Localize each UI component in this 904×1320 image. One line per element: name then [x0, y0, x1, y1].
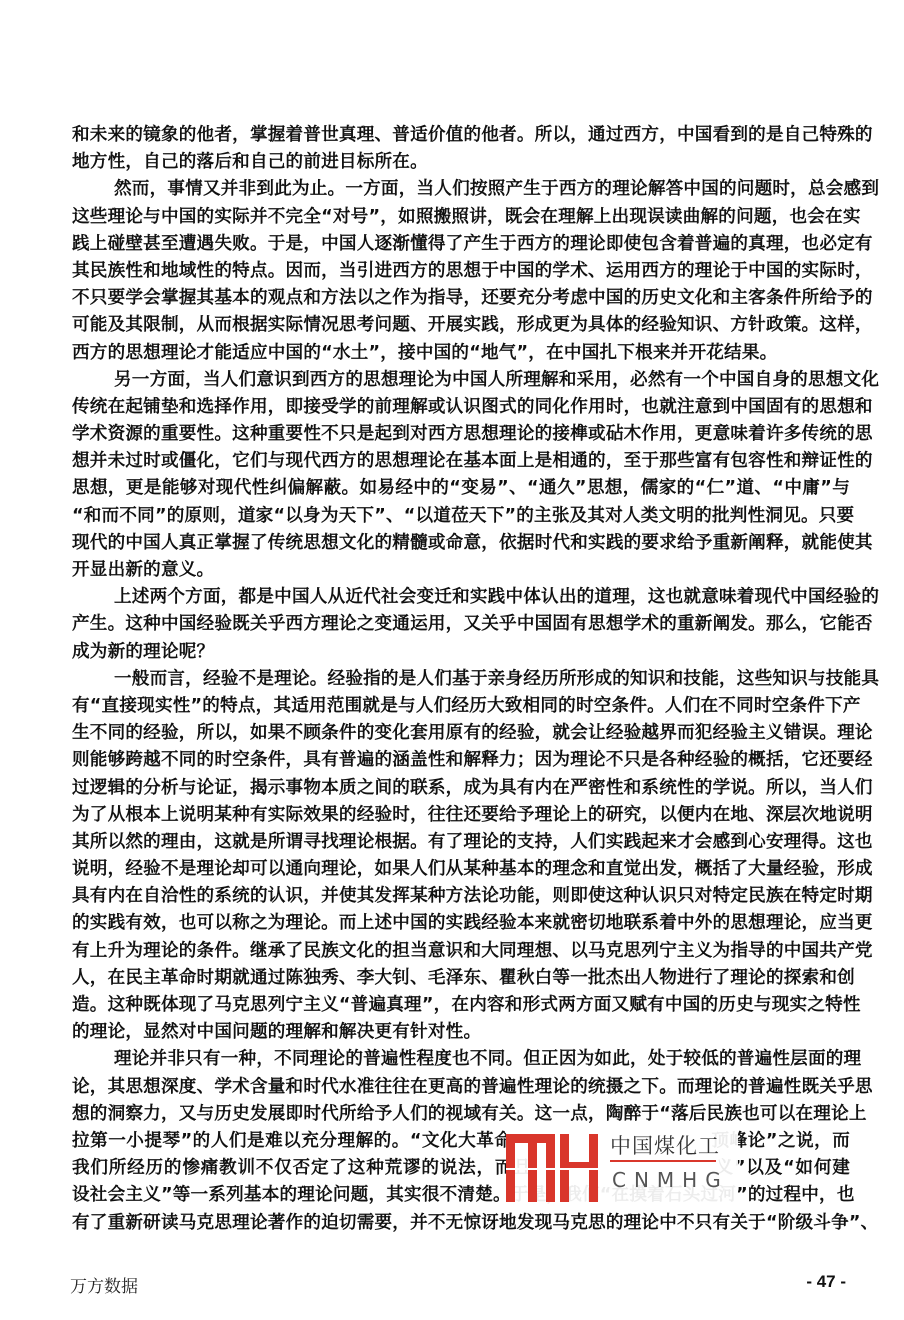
- mh-logo-icon: [506, 1134, 598, 1202]
- text-line: 学术资源的重要性。这种重要性不只是起到对西方思想理论的接榫或砧木作用，更意味着许…: [72, 421, 850, 448]
- text-line: 一般而言，经验不是理论。经验指的是人们基于亲身经历所形成的知识和技能，这些知识与…: [72, 666, 850, 693]
- paragraph: 上述两个方面，都是中国人从近代社会变迁和实践中体认出的道理，这也就意味着现代中国…: [72, 584, 850, 666]
- page-number: - 47 -: [806, 1272, 846, 1292]
- text-line: 的实践有效，也可以称之为理论。而上述中国的实践经验本来就密切地联系着中外的思想理…: [72, 910, 850, 937]
- text-line: 造。这种既体现了马克思列宁主义“普遍真理”，在内容和形式两方面又赋有中国的历史与…: [72, 992, 850, 1019]
- text-line: 另一方面，当人们意识到西方的思想理论为中国人所理解和采用，必然有一个中国自身的思…: [72, 367, 850, 394]
- text-line: 然而，事情又并非到此为止。一方面，当人们按照产生于西方的理论解答中国的问题时，总…: [72, 176, 850, 203]
- text-line: 理论并非只有一种，不同理论的普遍性程度也不同。但正因为如此，处于较低的普遍性层面…: [72, 1046, 850, 1073]
- text-line: 其所以然的理由，这就是所谓寻找理论根据。有了理论的支持，人们实践起来才会感到心安…: [72, 829, 850, 856]
- watermark-divider: [610, 1160, 716, 1162]
- text-line: 地方性，自己的落后和自己的前进目标所在。: [72, 149, 850, 176]
- text-line: 不只要学会掌握其基本的观点和方法以之作为指导，还要充分考虑中国的历史文化和主客条…: [72, 285, 850, 312]
- text-line: 具有内在自洽性的系统的认识，并使其发挥某种方法论功能，则即使这种认识只对特定民族…: [72, 883, 850, 910]
- text-line: 和未来的镜象的他者，掌握着普世真理、普适价值的他者。所以，通过西方，中国看到的是…: [72, 122, 850, 149]
- document-page: 和未来的镜象的他者，掌握着普世真理、普适价值的他者。所以，通过西方，中国看到的是…: [0, 0, 904, 1320]
- text-line: 这些理论与中国的实际并不完全“对号”，如照搬照讲，既会在理解上出现误读曲解的问题…: [72, 204, 850, 231]
- watermark-logo: 中国煤化工 CNMHG: [506, 1124, 738, 1206]
- paragraph: 一般而言，经验不是理论。经验指的是人们基于亲身经历所形成的知识和技能，这些知识与…: [72, 666, 850, 1047]
- text-line: 的理论，显然对中国问题的理解和解决更有针对性。: [72, 1019, 850, 1046]
- text-line: 现代的中国人真正掌握了传统思想文化的精髓或命意，依据时代和实践的要求给予重新阐释…: [72, 530, 850, 557]
- text-line: 成为新的理论呢？: [72, 639, 850, 666]
- text-line: 传统在起铺垫和选择作用，即接受学的前理解或认识图式的同化作用时，也就注意到中国固…: [72, 394, 850, 421]
- paragraph: 和未来的镜象的他者，掌握着普世真理、普适价值的他者。所以，通过西方，中国看到的是…: [72, 122, 850, 176]
- text-line: 思想，更是能够对现代性纠偏解蔽。如易经中的“变易”、“通久”思想，儒家的“仁”道…: [72, 475, 850, 502]
- body-text: 和未来的镜象的他者，掌握着普世真理、普适价值的他者。所以，通过西方，中国看到的是…: [72, 122, 850, 1237]
- watermark-name-en: CNMHG: [612, 1168, 729, 1192]
- text-line: 生不同的经验，所以，如果不顾条件的变化套用原有的经验，就会让经验越界而犯经验主义…: [72, 720, 850, 747]
- paragraph: 另一方面，当人们意识到西方的思想理论为中国人所理解和采用，必然有一个中国自身的思…: [72, 367, 850, 585]
- watermark-name-cn: 中国煤化工: [610, 1130, 720, 1160]
- text-line: 其民族性和地域性的特点。因而，当引进西方的思想于中国的学术、运用西方的理论于中国…: [72, 258, 850, 285]
- text-line: “和而不同”的原则，道家“以身为天下”、“以道莅天下”的主张及其对人类文明的批判…: [72, 503, 850, 530]
- text-line: 可能及其限制，从而根据实际情况思考问题、开展实践，形成更为具体的经验知识、方针政…: [72, 312, 850, 339]
- text-line: 则能够跨越不同的时空条件，具有普遍的涵盖性和解释力；因为理论不只是各种经验的概括…: [72, 747, 850, 774]
- text-line: 西方的思想理论才能适应中国的“水土”，接中国的“地气”，在中国扎下根来并开花结果…: [72, 340, 850, 367]
- text-line: 说明，经验不是理论却可以通向理论，如果人们从某种基本的理念和直觉出发，概括了大量…: [72, 856, 850, 883]
- text-line: 有上升为理论的条件。继承了民族文化的担当意识和大同理想、以马克思列宁主义为指导的…: [72, 938, 850, 965]
- footer-source: 万方数据: [70, 1272, 138, 1297]
- text-line: 为了从根本上说明某种有实际效果的经验时，往往还要给予理论上的研究，以便内在地、深…: [72, 802, 850, 829]
- paragraph: 然而，事情又并非到此为止。一方面，当人们按照产生于西方的理论解答中国的问题时，总…: [72, 176, 850, 366]
- text-line: 产生。这种中国经验既关乎西方理论之变通运用，又关乎中国固有思想学术的重新阐发。那…: [72, 611, 850, 638]
- text-line: 人，在民主革命时期就通过陈独秀、李大钊、毛泽东、瞿秋白等一批杰出人物进行了理论的…: [72, 965, 850, 992]
- text-line: 过逻辑的分析与论证，揭示事物本质之间的联系，成为具有内在严密性和系统性的学说。所…: [72, 775, 850, 802]
- text-line: 践上碰壁甚至遭遇失败。于是，中国人逐渐懂得了产生于西方的理论即使包含着普遍的真理…: [72, 231, 850, 258]
- text-line: 开显出新的意义。: [72, 557, 850, 584]
- text-line: 上述两个方面，都是中国人从近代社会变迁和实践中体认出的道理，这也就意味着现代中国…: [72, 584, 850, 611]
- text-line: 论，其思想深度、学术含量和时代水准往往在更高的普遍性理论的统摄之下。而理论的普遍…: [72, 1074, 850, 1101]
- text-line: 有“直接现实性”的特点，其适用范围就是与人们经历大致相同的时空条件。人们在不同时…: [72, 693, 850, 720]
- text-line: 想并未过时或僵化，它们与现代西方的思想理论在基本面上是相通的，至于那些富有包容性…: [72, 448, 850, 475]
- text-line: 有了重新研读马克思理论著作的迫切需要，并不无惊讶地发现马克思的理论中不只有关于“…: [72, 1210, 850, 1237]
